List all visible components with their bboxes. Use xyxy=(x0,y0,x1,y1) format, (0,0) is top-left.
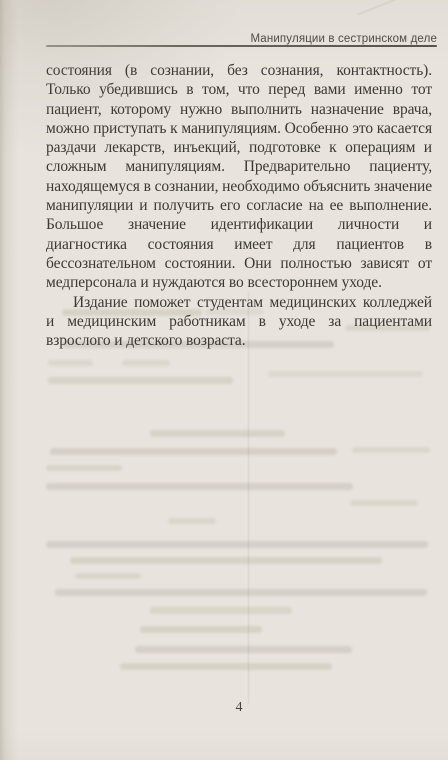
body-paragraph: Издание поможет студентам медицинских ко… xyxy=(46,293,432,351)
showthrough-smudge xyxy=(150,607,292,614)
showthrough-smudge xyxy=(55,589,427,596)
body-paragraph: состояния (в сознании, без сознания, кон… xyxy=(46,61,432,293)
paper-crease xyxy=(358,0,448,15)
showthrough-smudge xyxy=(70,557,382,564)
body-text-block: состояния (в сознании, без сознания, кон… xyxy=(46,61,432,350)
showthrough-smudge xyxy=(135,646,352,653)
page-number: 4 xyxy=(46,700,432,716)
showthrough-smudge xyxy=(46,541,428,548)
showthrough-smudge xyxy=(140,626,262,633)
showthrough-smudge xyxy=(120,663,332,670)
showthrough-smudge xyxy=(268,371,423,377)
showthrough-smudge xyxy=(46,483,353,490)
showthrough-smudge xyxy=(50,448,337,455)
showthrough-smudge xyxy=(48,377,233,384)
showthrough-smudge xyxy=(122,360,170,366)
showthrough-smudge xyxy=(75,573,141,579)
header-rule xyxy=(46,45,437,47)
showthrough-smudge xyxy=(150,430,285,437)
running-header: Манипуляции в сестринском деле xyxy=(250,33,437,45)
showthrough-smudge xyxy=(352,447,430,453)
book-page: Манипуляции в сестринском деле состояния… xyxy=(0,0,448,760)
showthrough-smudge xyxy=(168,518,216,524)
showthrough-smudge xyxy=(350,500,418,506)
showthrough-smudge xyxy=(46,465,122,471)
paper-crease xyxy=(248,292,249,704)
showthrough-smudge xyxy=(48,360,93,366)
